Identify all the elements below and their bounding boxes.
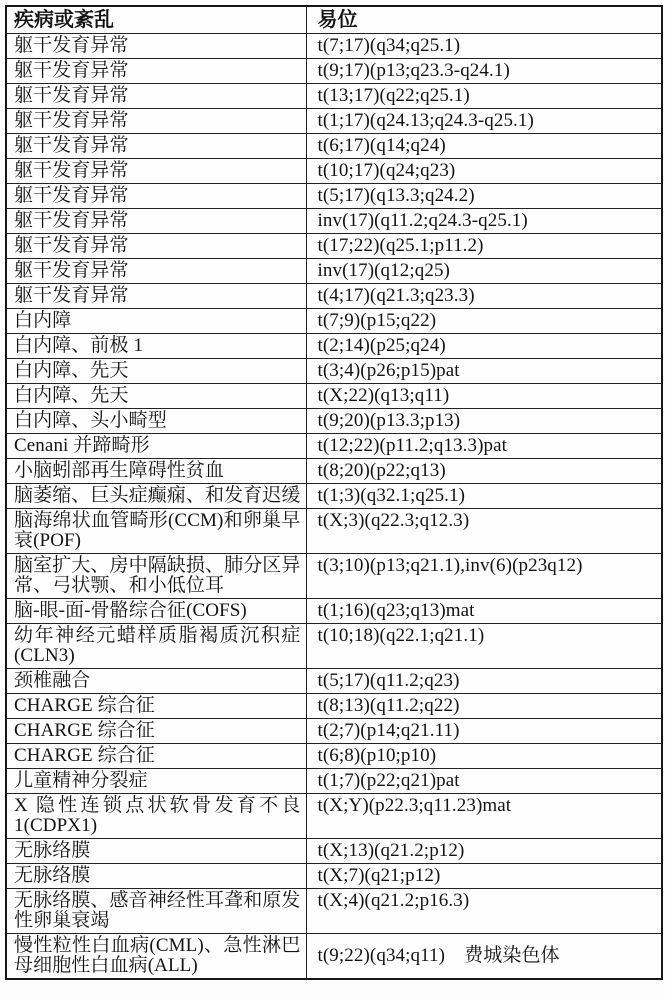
table-body: 躯干发育异常 t(7;17)(q34;q25.1) 躯干发育异常 t(9;17)… — [6, 34, 662, 980]
disease-cell: 躯干发育异常 — [6, 259, 306, 284]
table-row: 躯干发育异常 t(17;22)(q25.1;p11.2) — [6, 234, 662, 259]
disease-cell: 慢性粒性白血病(CML)、急性淋巴母细胞性白血病(ALL) — [6, 934, 306, 980]
translocation-cell: t(1;17)(q24.13;q24.3-q25.1) — [306, 109, 662, 134]
translocation-cell: t(13;17)(q22;q25.1) — [306, 84, 662, 109]
table-row: 无脉络膜 t(X;13)(q21.2;p12) — [6, 839, 662, 864]
table-row: 脑-眼-面-骨骼综合征(COFS) t(1;16)(q23;q13)mat — [6, 599, 662, 624]
translocation-cell: t(12;22)(p11.2;q13.3)pat — [306, 434, 662, 459]
disease-cell: 躯干发育异常 — [6, 209, 306, 234]
table-row: 慢性粒性白血病(CML)、急性淋巴母细胞性白血病(ALL) t(9;22)(q3… — [6, 934, 662, 980]
table-row: 躯干发育异常 t(9;17)(p13;q23.3-q24.1) — [6, 59, 662, 84]
translocation-cell: inv(17)(q12;q25) — [306, 259, 662, 284]
disease-cell: X 隐性连锁点状软骨发育不良1(CDPX1) — [6, 794, 306, 839]
table-row: 躯干发育异常 t(5;17)(q13.3;q24.2) — [6, 184, 662, 209]
disease-cell: 躯干发育异常 — [6, 284, 306, 309]
disease-cell: CHARGE 综合征 — [6, 744, 306, 769]
table-row: 躯干发育异常 t(10;17)(q24;q23) — [6, 159, 662, 184]
translocation-cell: t(X;3)(q22.3;q12.3) — [306, 509, 662, 554]
translocation-cell: t(5;17)(q11.2;q23) — [306, 669, 662, 694]
disease-cell: 无脉络膜 — [6, 864, 306, 889]
table-row: 躯干发育异常 inv(17)(q11.2;q24.3-q25.1) — [6, 209, 662, 234]
table-row: 脑室扩大、房中隔缺损、肺分区异常、弓状颚、和小低位耳 t(3;10)(p13;q… — [6, 554, 662, 599]
disease-cell: Cenani 并蹄畸形 — [6, 434, 306, 459]
table-row: 躯干发育异常 t(6;17)(q14;q24) — [6, 134, 662, 159]
translocation-cell: t(X;7)(q21;p12) — [306, 864, 662, 889]
translocation-cell: t(9;22)(q34;q11) 费城染色体 — [306, 934, 662, 980]
table-row: 儿童精神分裂症 t(1;7)(p22;q21)pat — [6, 769, 662, 794]
table-row: 躯干发育异常 t(7;17)(q34;q25.1) — [6, 34, 662, 59]
translocation-column-header: 易位 — [306, 6, 662, 34]
table-row: CHARGE 综合征 t(6;8)(p10;p10) — [6, 744, 662, 769]
translocation-cell: t(10;18)(q22.1;q21.1) — [306, 624, 662, 669]
disease-cell: 无脉络膜 — [6, 839, 306, 864]
disease-cell: 躯干发育异常 — [6, 59, 306, 84]
table-row: 无脉络膜 t(X;7)(q21;p12) — [6, 864, 662, 889]
translocation-cell: t(9;17)(p13;q23.3-q24.1) — [306, 59, 662, 84]
translocation-cell: t(8;20)(p22;q13) — [306, 459, 662, 484]
disease-cell: 小脑蚓部再生障碍性贫血 — [6, 459, 306, 484]
disease-cell: 躯干发育异常 — [6, 234, 306, 259]
disease-cell: 脑萎缩、巨头症癫痫、和发育迟缓 — [6, 484, 306, 509]
disease-cell: 躯干发育异常 — [6, 84, 306, 109]
table-row: 白内障、先天 t(X;22)(q13;q11) — [6, 384, 662, 409]
table-row: 幼年神经元蜡样质脂褐质沉积症(CLN3) t(10;18)(q22.1;q21.… — [6, 624, 662, 669]
translocation-cell: t(7;17)(q34;q25.1) — [306, 34, 662, 59]
disease-cell: 白内障、头小畸型 — [6, 409, 306, 434]
translocation-cell: t(10;17)(q24;q23) — [306, 159, 662, 184]
table-row: 躯干发育异常 t(4;17)(q21.3;q23.3) — [6, 284, 662, 309]
table-row: 躯干发育异常 t(13;17)(q22;q25.1) — [6, 84, 662, 109]
disease-cell: 白内障、前极 1 — [6, 334, 306, 359]
disease-cell: 颈椎融合 — [6, 669, 306, 694]
disease-cell: 幼年神经元蜡样质脂褐质沉积症(CLN3) — [6, 624, 306, 669]
table-row: 躯干发育异常 inv(17)(q12;q25) — [6, 259, 662, 284]
translocation-cell: t(1;7)(p22;q21)pat — [306, 769, 662, 794]
translocation-cell: t(8;13)(q11.2;q22) — [306, 694, 662, 719]
disease-cell: 白内障、先天 — [6, 359, 306, 384]
disease-cell: 脑-眼-面-骨骼综合征(COFS) — [6, 599, 306, 624]
table-row: 躯干发育异常 t(1;17)(q24.13;q24.3-q25.1) — [6, 109, 662, 134]
translocation-cell: t(6;8)(p10;p10) — [306, 744, 662, 769]
disease-cell: 躯干发育异常 — [6, 159, 306, 184]
translocation-cell: inv(17)(q11.2;q24.3-q25.1) — [306, 209, 662, 234]
translocation-cell: t(2;7)(p14;q21.11) — [306, 719, 662, 744]
table-row: 颈椎融合 t(5;17)(q11.2;q23) — [6, 669, 662, 694]
translocation-cell: t(1;16)(q23;q13)mat — [306, 599, 662, 624]
table-row: 无脉络膜、感音神经性耳聋和原发性卵巢衰竭 t(X;4)(q21.2;p16.3) — [6, 889, 662, 934]
translocation-cell: t(X;13)(q21.2;p12) — [306, 839, 662, 864]
translocation-cell: t(5;17)(q13.3;q24.2) — [306, 184, 662, 209]
translocation-cell: t(1;3)(q32.1;q25.1) — [306, 484, 662, 509]
table-row: 脑海绵状血管畸形(CCM)和卵巢早衰(POF) t(X;3)(q22.3;q12… — [6, 509, 662, 554]
disease-cell: 脑室扩大、房中隔缺损、肺分区异常、弓状颚、和小低位耳 — [6, 554, 306, 599]
translocation-cell: t(3;10)(p13;q21.1),inv(6)(p23q12) — [306, 554, 662, 599]
table-row: 小脑蚓部再生障碍性贫血 t(8;20)(p22;q13) — [6, 459, 662, 484]
disease-cell: 躯干发育异常 — [6, 134, 306, 159]
translocation-cell: t(4;17)(q21.3;q23.3) — [306, 284, 662, 309]
table-row: 白内障、前极 1 t(2;14)(p25;q24) — [6, 334, 662, 359]
translocation-cell: t(X;22)(q13;q11) — [306, 384, 662, 409]
translocation-cell: t(3;4)(p26;p15)pat — [306, 359, 662, 384]
table-row: 白内障、先天 t(3;4)(p26;p15)pat — [6, 359, 662, 384]
disease-cell: CHARGE 综合征 — [6, 694, 306, 719]
table-row: 白内障 t(7;9)(p15;q22) — [6, 309, 662, 334]
disease-cell: 白内障、先天 — [6, 384, 306, 409]
translocation-cell: t(X;Y)(p22.3;q11.23)mat — [306, 794, 662, 839]
disease-cell: 白内障 — [6, 309, 306, 334]
translocation-cell: t(6;17)(q14;q24) — [306, 134, 662, 159]
table-row: Cenani 并蹄畸形 t(12;22)(p11.2;q13.3)pat — [6, 434, 662, 459]
disease-translocation-table: 疾病或紊乱 易位 躯干发育异常 t(7;17)(q34;q25.1) 躯干发育异… — [5, 5, 663, 980]
table-row: 脑萎缩、巨头症癫痫、和发育迟缓 t(1;3)(q32.1;q25.1) — [6, 484, 662, 509]
disease-cell: 躯干发育异常 — [6, 184, 306, 209]
translocation-cell: t(X;4)(q21.2;p16.3) — [306, 889, 662, 934]
disease-cell: CHARGE 综合征 — [6, 719, 306, 744]
header-row: 疾病或紊乱 易位 — [6, 6, 662, 34]
disease-cell: 儿童精神分裂症 — [6, 769, 306, 794]
disease-cell: 躯干发育异常 — [6, 34, 306, 59]
document-page: 疾病或紊乱 易位 躯干发育异常 t(7;17)(q34;q25.1) 躯干发育异… — [0, 0, 665, 980]
disease-cell: 躯干发育异常 — [6, 109, 306, 134]
table-row: X 隐性连锁点状软骨发育不良1(CDPX1) t(X;Y)(p22.3;q11.… — [6, 794, 662, 839]
translocation-cell: t(17;22)(q25.1;p11.2) — [306, 234, 662, 259]
disease-cell: 无脉络膜、感音神经性耳聋和原发性卵巢衰竭 — [6, 889, 306, 934]
disease-column-header: 疾病或紊乱 — [6, 6, 306, 34]
table-row: 白内障、头小畸型 t(9;20)(p13.3;p13) — [6, 409, 662, 434]
translocation-cell: t(9;20)(p13.3;p13) — [306, 409, 662, 434]
table-row: CHARGE 综合征 t(2;7)(p14;q21.11) — [6, 719, 662, 744]
table-row: CHARGE 综合征 t(8;13)(q11.2;q22) — [6, 694, 662, 719]
translocation-cell: t(2;14)(p25;q24) — [306, 334, 662, 359]
translocation-cell: t(7;9)(p15;q22) — [306, 309, 662, 334]
disease-cell: 脑海绵状血管畸形(CCM)和卵巢早衰(POF) — [6, 509, 306, 554]
